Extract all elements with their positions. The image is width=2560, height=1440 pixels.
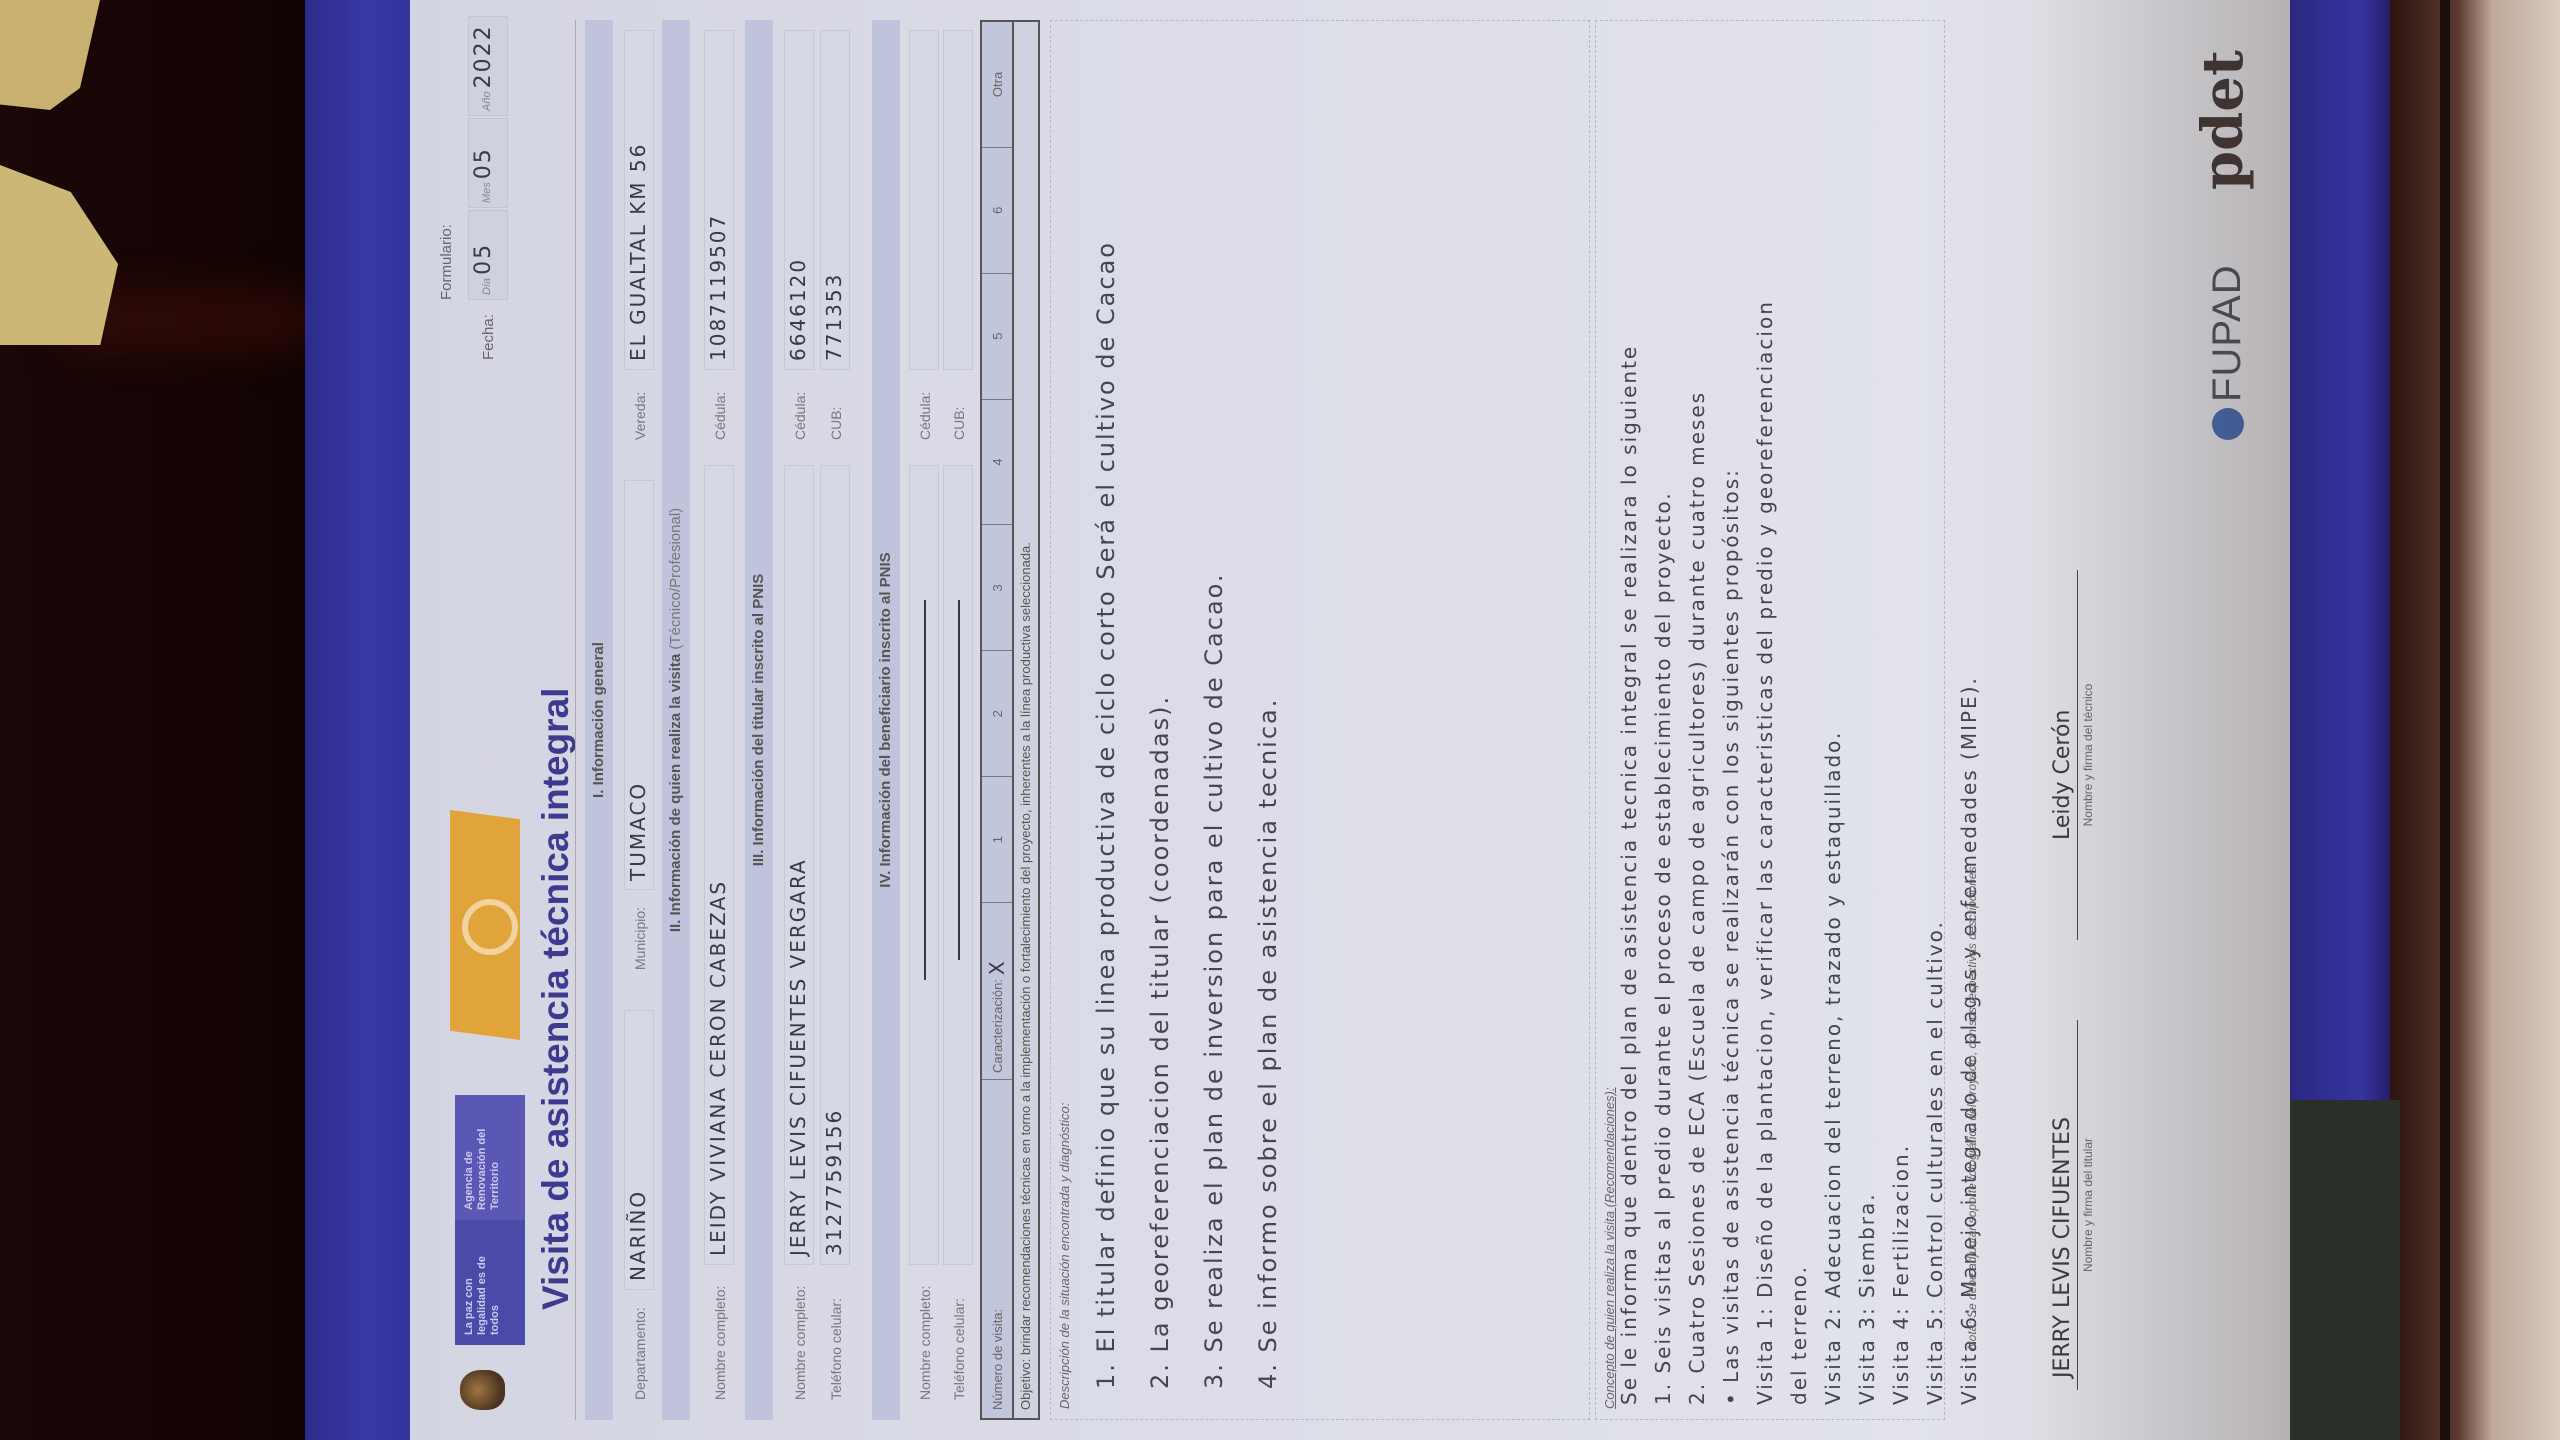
- descripcion-box[interactable]: Descripción de la situación encontrada y…: [1050, 20, 1590, 1420]
- firma-tecnico-value: Leidy Cerón: [2050, 570, 2078, 940]
- descripcion-lines: 1. El titular definio que su linea produ…: [1092, 21, 1282, 1419]
- titular-telefono-label: Teléfono celular:: [828, 1298, 844, 1400]
- vereda-field[interactable]: EL GUALTAL KM 56: [624, 30, 654, 370]
- agency-logo: [450, 810, 520, 1040]
- dia-value: 05: [471, 243, 496, 275]
- mes-value: 05: [471, 147, 496, 179]
- concepto-line: 2. Cuatro Sesiones de ECA (Escuela de ca…: [1685, 21, 1709, 1405]
- beneficiario-cub-field[interactable]: [943, 30, 973, 370]
- fupad-logo: FUPAD: [2205, 264, 2250, 440]
- departamento-field[interactable]: NARIÑO: [624, 1010, 654, 1290]
- anio-field[interactable]: Año2022: [468, 16, 508, 116]
- concepto-line: Visita 1: Diseño de la plantacion, verif…: [1753, 21, 1777, 1405]
- agency-mark-icon: [462, 899, 518, 955]
- blue-folder-edge: [305, 0, 425, 1440]
- concepto-line: Visita 4: Fertilizacion.: [1889, 21, 1913, 1405]
- beneficiario-cedula-label: Cédula:: [917, 392, 933, 440]
- titular-cedula-label: Cédula:: [792, 392, 808, 440]
- concepto-box[interactable]: Concepto de quien realiza la visita (Rec…: [1595, 20, 1945, 1420]
- fecha-label: Fecha:: [480, 314, 497, 360]
- concepto-line: • Las visitas de asistencia técnica se r…: [1719, 21, 1743, 1405]
- chair-leg: [2440, 0, 2450, 1440]
- tecnico-nombre-label: Nombre completo:: [712, 1286, 728, 1400]
- floor-background: [2390, 0, 2560, 1440]
- beneficiario-cedula-field[interactable]: [909, 30, 939, 370]
- visit-number-label: Número de visita:: [982, 1079, 1012, 1418]
- municipio-label: Municipio:: [632, 907, 648, 970]
- section-tecnico-heading: II. Información de quien realiza la visi…: [667, 0, 684, 1440]
- titular-nombre-field[interactable]: JERRY LEVIS CIFUENTES VERGARA: [784, 465, 814, 1265]
- concepto-line: del terreno.: [1787, 21, 1811, 1405]
- anio-value: 2022: [471, 24, 496, 88]
- beneficiario-telefono-label: Teléfono celular:: [951, 1298, 967, 1400]
- beneficiario-nombre-label: Nombre completo:: [917, 1286, 933, 1400]
- nota-text: Nota: Se debe adjuntar soporte fotográfi…: [1965, 863, 1979, 1350]
- visit-option[interactable]: 3: [982, 524, 1012, 650]
- visit-option[interactable]: 2: [982, 650, 1012, 776]
- descripcion-line: 1. El titular definio que su linea produ…: [1092, 21, 1120, 1389]
- divider: [575, 20, 576, 1420]
- descripcion-caption: Descripción de la situación encontrada y…: [1051, 21, 1078, 1419]
- titular-nombre-label: Nombre completo:: [792, 1286, 808, 1400]
- concepto-line: Visita 5: Control culturales en el culti…: [1923, 21, 1947, 1405]
- visit-option[interactable]: 1: [982, 776, 1012, 902]
- government-logo: La paz con legalidad es de todos Agencia…: [455, 1095, 525, 1345]
- paper: La paz con legalidad es de todos Agencia…: [410, 0, 2290, 1440]
- tecnico-cedula-label: Cédula:: [712, 392, 728, 440]
- concepto-lines: Se le informa que dentro del plan de asi…: [1617, 21, 1981, 1419]
- visit-option[interactable]: Otra: [982, 22, 1012, 147]
- visit-option[interactable]: 6: [982, 147, 1012, 273]
- check-mark-icon: X: [985, 959, 1009, 975]
- titular-cub-field[interactable]: 771353: [820, 30, 850, 370]
- tecnico-cedula-field[interactable]: 1087119507: [704, 30, 734, 370]
- section-beneficiario-heading: IV. Información del beneficiario inscrit…: [877, 0, 894, 1440]
- page-title: Visita de asistencia técnica integral: [535, 688, 577, 1310]
- form-header: La paz con legalidad es de todos Agencia…: [430, 0, 580, 1440]
- concepto-caption: Concepto de quien realiza la visita (Rec…: [1596, 21, 1617, 1419]
- firma-tecnico-label: Nombre y firma del técnico: [2081, 570, 2095, 940]
- firma-tecnico[interactable]: Leidy Cerón Nombre y firma del técnico: [2050, 570, 2095, 940]
- tecnico-nombre-field[interactable]: LEIDY VIVIANA CERON CABEZAS: [704, 465, 734, 1265]
- titular-cedula-field[interactable]: 6646120: [784, 30, 814, 370]
- concepto-line: Visita 2: Adecuacion del terreno, trazad…: [1821, 21, 1845, 1405]
- gov-logo-slogan: La paz con legalidad es de todos: [455, 1220, 525, 1345]
- firma-titular[interactable]: JERRY LEVIS CIFUENTES Nombre y firma del…: [2050, 1020, 2095, 1390]
- visit-option[interactable]: 4: [982, 399, 1012, 525]
- visit-number-table: Número de visita: Caracterización: X 1 2…: [980, 20, 1014, 1420]
- footer-logos: FUPAD pdet: [2190, 0, 2280, 1440]
- descripcion-line: 4. Se informo sobre el plan de asistenci…: [1254, 21, 1282, 1389]
- descripcion-line: 2. La georeferenciacion del titular (coo…: [1146, 21, 1174, 1389]
- descripcion-line: 3. Se realiza el plan de inversion para …: [1200, 21, 1228, 1389]
- beneficiario-cub-label: CUB:: [951, 407, 967, 440]
- concepto-line: Visita 3: Siembra.: [1855, 21, 1879, 1405]
- blank-dash: [958, 600, 960, 960]
- visit-option-caracterizacion[interactable]: Caracterización: X: [982, 902, 1012, 1079]
- section-titular-heading: III. Información del titular inscrito al…: [750, 0, 767, 1440]
- gov-logo-agency: Agencia de Renovación del Territorio: [455, 1095, 525, 1220]
- titular-cub-label: CUB:: [828, 407, 844, 440]
- titular-telefono-field[interactable]: 3127759156: [820, 465, 850, 1265]
- pdet-logo: pdet: [2190, 50, 2256, 190]
- concepto-line: 1. Seis visitas al predio durante el pro…: [1651, 21, 1675, 1405]
- visit-option[interactable]: 5: [982, 273, 1012, 399]
- form-sheet: La paz con legalidad es de todos Agencia…: [410, 0, 2290, 1440]
- departamento-label: Departamento:: [632, 1307, 648, 1400]
- concepto-line: Se le informa que dentro del plan de asi…: [1617, 21, 1641, 1405]
- blank-dash: [924, 600, 926, 980]
- coat-of-arms-icon: [460, 1370, 505, 1410]
- municipio-field[interactable]: TUMACO: [624, 480, 654, 890]
- globe-icon: [2212, 408, 2244, 440]
- section-general-heading: I. Información general: [590, 0, 607, 1440]
- vereda-label: Vereda:: [632, 392, 648, 440]
- firma-titular-value: JERRY LEVIS CIFUENTES: [2050, 1020, 2078, 1390]
- mes-field[interactable]: Mes05: [468, 118, 508, 208]
- dia-field[interactable]: Día05: [468, 210, 508, 300]
- formulario-label: Formulario:: [438, 224, 455, 300]
- firma-titular-label: Nombre y firma del titular: [2081, 1020, 2095, 1390]
- objetivo-text: Objetivo: brindar recomendaciones técnic…: [1014, 20, 1040, 1420]
